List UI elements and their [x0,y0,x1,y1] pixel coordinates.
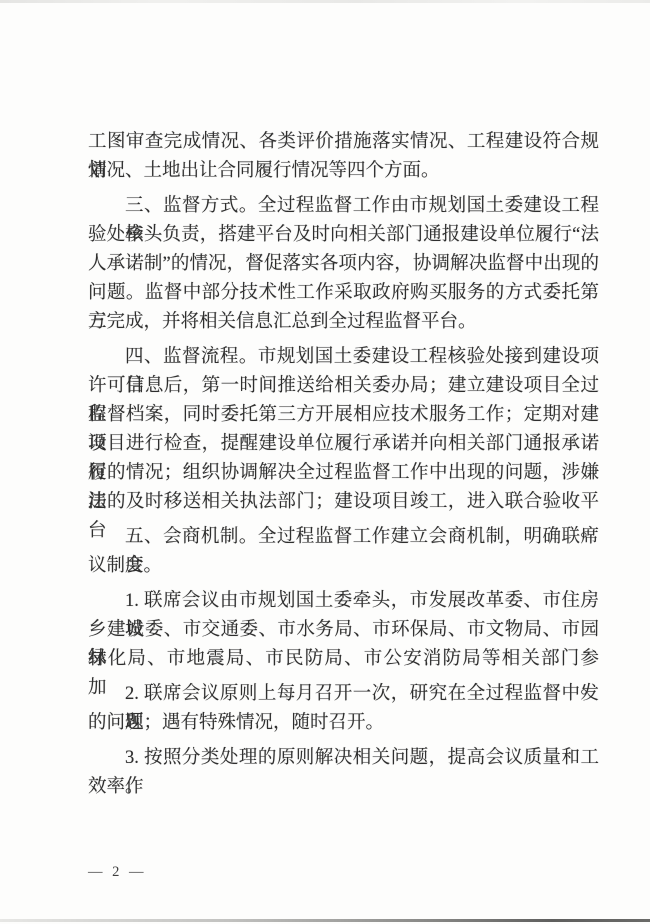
text-line: 议制度。 [88,552,599,581]
text-line: 验处牵头负责，搭建平台及时向相关部门通报建设单位履行“法 [88,221,599,250]
text-line: 2. 联席会议原则上每月召开一次，研究在全过程监督中发现 [88,680,599,709]
text-line: 的问题；遇有特殊情况，随时召开。 [88,709,599,738]
text-line: 效率。 [88,773,599,802]
text-line: 1. 联席会议由市规划国土委牵头，市发展改革委、市住房城 [88,587,599,616]
text-line: 问题。监督中部分技术性工作采取政府购买服务的方式委托第三 [88,279,599,308]
text-line: 人承诺制”的情况，督促落实各项内容，协调解决监督中出现的 [88,250,599,279]
text-line: 项目进行检查，提醒建设单位履行承诺并向相关部门通报承诺履 [88,430,599,459]
text-line: 法的及时移送相关执法部门；建设项目竣工，进入联合验收平台。 [88,488,599,517]
scan-edge-bottom [0,919,650,922]
page-number: — 2 — [88,864,147,881]
text-line: 情况、土地出让合同履行情况等四个方面。 [88,157,599,186]
text-line: 行的情况；组织协调解决全过程监督工作中出现的问题，涉嫌违 [88,459,599,488]
document-page: 工图审查完成情况、各类评价措施落实情况、工程建设符合规划情况、土地出让合同履行情… [0,0,650,924]
text-line: 工图审查完成情况、各类评价措施落实情况、工程建设符合规划 [88,128,599,157]
text-line: 许可信息后，第一时间推送给相关委办局；建立建设项目全过程 [88,372,599,401]
text-line: 四、监督流程。市规划国土委建设工程核验处接到建设项目 [88,343,599,372]
document-text: 工图审查完成情况、各类评价措施落实情况、工程建设符合规划情况、土地出让合同履行情… [88,128,599,802]
text-line: 监督档案，同时委托第三方开展相应技术服务工作；定期对建设 [88,401,599,430]
text-line: 3. 按照分类处理的原则解决相关问题，提高会议质量和工作 [88,744,599,773]
text-line: 三、监督方式。全过程监督工作由市规划国土委建设工程核 [88,192,599,221]
text-line: 方完成，并将相关信息汇总到全过程监督平台。 [88,308,599,337]
text-line: 乡建设委、市交通委、市水务局、市环保局、市文物局、市园林 [88,616,599,645]
scan-edge-top [0,0,650,3]
text-line: 五、会商机制。全过程监督工作建立会商机制，明确联席会 [88,523,599,552]
text-line: 绿化局、市地震局、市民防局、市公安消防局等相关部门参加。 [88,645,599,674]
